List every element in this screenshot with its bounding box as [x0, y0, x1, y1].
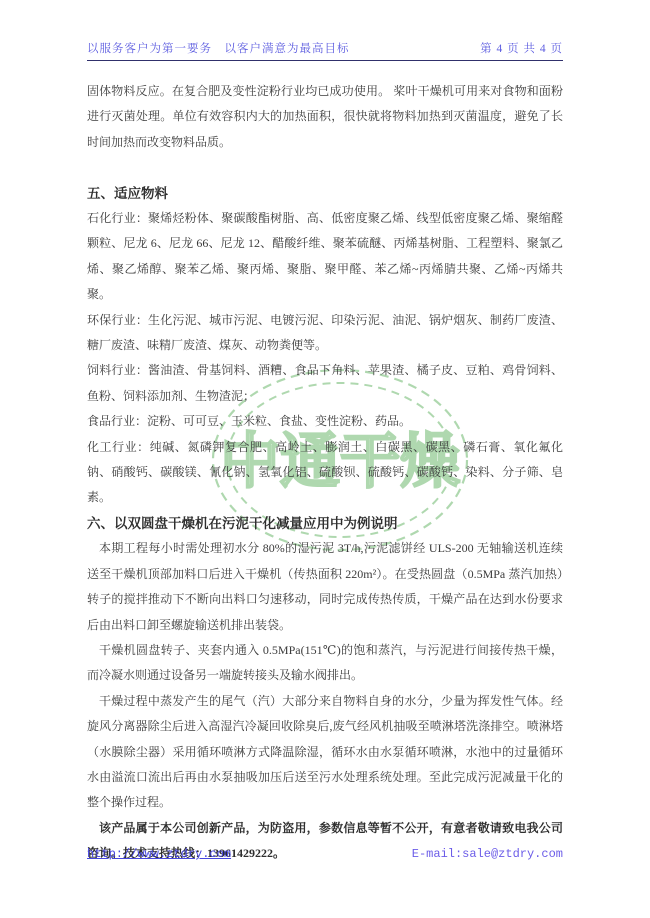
paragraph-continued: 固体物料反应。在复合肥及变性淀粉行业均已成功使用。 桨叶干燥机可用来对食物和面粉… — [87, 79, 563, 155]
section-heading-5: 五、适应物料 — [87, 181, 563, 206]
document-body: 固体物料反应。在复合肥及变性淀粉行业均已成功使用。 桨叶干燥机可用来对食物和面粉… — [87, 79, 563, 867]
website-link[interactable]: http://www.ztdry.com — [87, 847, 231, 861]
page-header: 以服务客户为第一要务 以客户满意为最高目标 第 4 页 共 4 页 — [87, 40, 563, 56]
document-page: 中通干燥 以服务客户为第一要务 以客户满意为最高目标 第 4 页 共 4 页 固… — [0, 0, 650, 918]
email-text: E-mail:sale@ztdry.com — [412, 847, 563, 861]
paragraph-process-3: 干燥过程中蒸发产生的尾气（汽）大部分来自物料自身的水分，少量为挥发性气体。经旋风… — [87, 689, 563, 816]
paragraph-process-1: 本期工程每小时需处理初水分 80%的湿污泥 3T/h,污泥滤饼经 ULS-200… — [87, 536, 563, 638]
paragraph-process-2: 干燥机圆盘转子、夹套内通入 0.5MPa(151℃)的饱和蒸汽，与污泥进行间接传… — [87, 638, 563, 689]
section-heading-6: 六、以双圆盘干燥机在污泥干化减量应用中为例说明 — [87, 511, 563, 536]
paragraph-petrochemical: 石化行业：聚烯烃粉体、聚碳酸酯树脂、高、低密度聚乙烯、线型低密度聚乙烯、聚缩醛颗… — [87, 206, 563, 308]
paragraph-feed: 饲料行业：酱油渣、骨基饲料、酒糟、食品下角料、苹果渣、橘子皮、豆粕、鸡骨饲料、鱼… — [87, 358, 563, 409]
paragraph-environment: 环保行业：生化污泥、城市污泥、电镀污泥、印染污泥、油泥、锅炉烟灰、制药厂废渣、糖… — [87, 308, 563, 359]
header-page-number: 第 4 页 共 4 页 — [480, 40, 563, 56]
page-footer: http://www.ztdry.com E-mail:sale@ztdry.c… — [87, 847, 563, 861]
header-motto: 以服务客户为第一要务 以客户满意为最高目标 — [87, 40, 350, 56]
paragraph-chemical: 化工行业：纯碱、氮磷钾复合肥、高岭土、膨润土、白碳黑、碳黑、磷石膏、氧化氟化钠、… — [87, 435, 563, 511]
header-rule — [87, 60, 563, 61]
paragraph-food: 食品行业：淀粉、可可豆、玉米粒、食盐、变性淀粉、药品。 — [87, 409, 563, 434]
